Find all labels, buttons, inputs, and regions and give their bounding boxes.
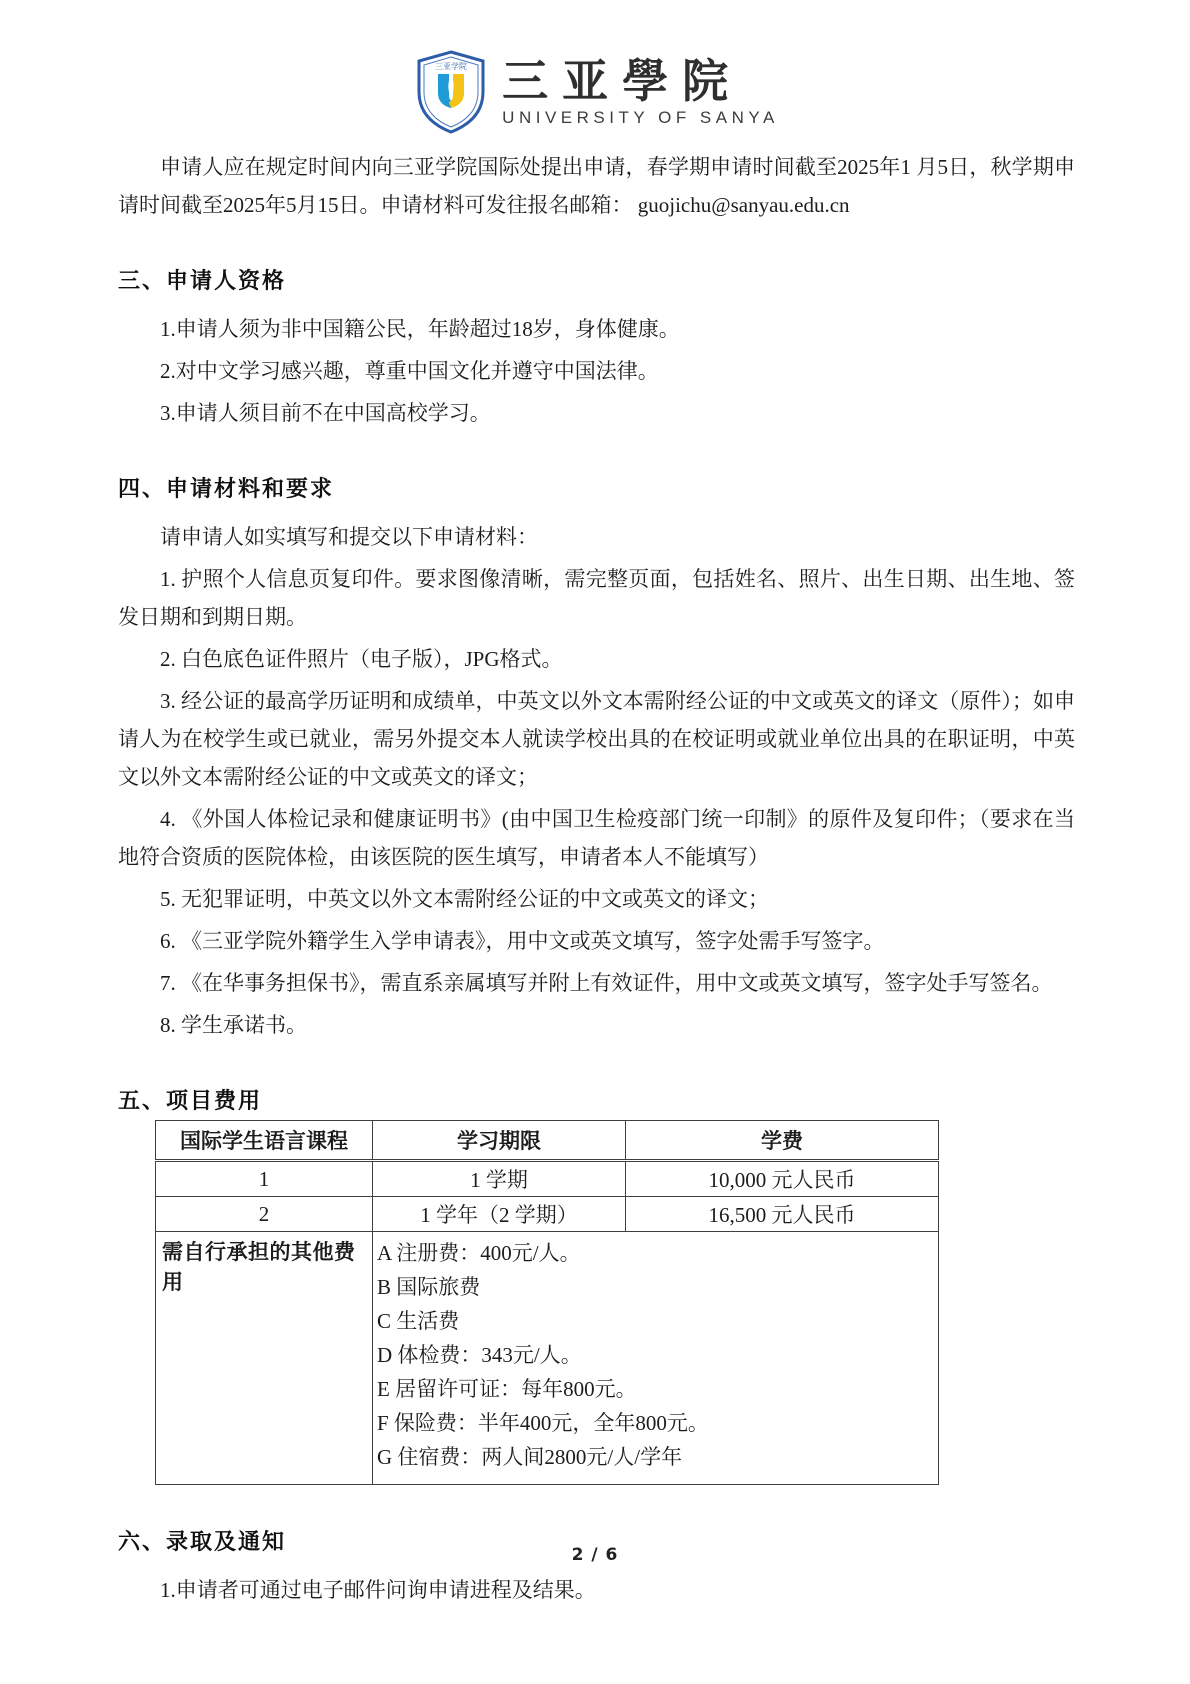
other-fees-list: A 注册费：400元/人。 B 国际旅费 C 生活费 D 体检费：343元/人。…	[373, 1232, 939, 1485]
table-row: 2 1 学年（2 学期） 16,500 元人民币	[156, 1197, 939, 1232]
table-cell: 1 学期	[373, 1161, 626, 1197]
fee-line: A 注册费：400元/人。	[377, 1236, 932, 1270]
section6-item: 1.申请者可通过电子邮件问询申请进程及结果。	[118, 1571, 1075, 1609]
section4-item: 6. 《三亚学院外籍学生入学申请表》，用中文或英文填写，签字处需手写签字。	[118, 922, 1075, 960]
page-content: 三亚学院 三亚學院 UNIVERSITY OF SANYA 申请人应在规定时间内…	[118, 50, 1075, 1613]
shield-top-text: 三亚学院	[435, 61, 467, 71]
table-header-cell: 学费	[626, 1121, 939, 1161]
section4-item: 7. 《在华事务担保书》，需直系亲属填写并附上有效证件，用中文或英文填写，签字处…	[118, 964, 1075, 1002]
table-cell: 2	[156, 1197, 373, 1232]
fee-line: D 体检费：343元/人。	[377, 1338, 932, 1372]
table-header-cell: 学习期限	[373, 1121, 626, 1161]
fee-line: F 保险费：半年400元，全年800元。	[377, 1406, 932, 1440]
section4-item: 1. 护照个人信息页复印件。要求图像清晰，需完整页面，包括姓名、照片、出生日期、…	[118, 560, 1075, 636]
section4-item: 5. 无犯罪证明，中英文以外文本需附经公证的中文或英文的译文；	[118, 880, 1075, 918]
fee-line: B 国际旅费	[377, 1270, 932, 1304]
section4-title: 四、申请材料和要求	[118, 476, 1075, 502]
table-cell: 16,500 元人民币	[626, 1197, 939, 1232]
section4-intro: 请申请人如实填写和提交以下申请材料：	[118, 518, 1075, 556]
university-shield-logo: 三亚学院	[414, 50, 488, 134]
university-wordmark: 三亚學院 UNIVERSITY OF SANYA	[502, 56, 779, 128]
fee-table-header-row: 国际学生语言课程 学习期限 学费	[156, 1121, 939, 1161]
section4-item: 4. 《外国人体检记录和健康证明书》(由中国卫生检疫部门统一印制》的原件及复印件…	[118, 800, 1075, 876]
fee-table: 国际学生语言课程 学习期限 学费 1 1 学期 10,000 元人民币 2 1 …	[155, 1120, 939, 1485]
section3-item: 3.申请人须目前不在中国高校学习。	[118, 394, 1075, 432]
other-fees-label: 需自行承担的其他费用	[156, 1232, 373, 1485]
table-cell: 1 学年（2 学期）	[373, 1197, 626, 1232]
table-cell: 10,000 元人民币	[626, 1161, 939, 1197]
university-name-en: UNIVERSITY OF SANYA	[502, 108, 779, 128]
table-row-other-fees: 需自行承担的其他费用 A 注册费：400元/人。 B 国际旅费 C 生活费 D …	[156, 1232, 939, 1485]
section3-title: 三、申请人资格	[118, 268, 1075, 294]
section3-item: 2.对中文学习感兴趣，尊重中国文化并遵守中国法律。	[118, 352, 1075, 390]
fee-line: C 生活费	[377, 1304, 932, 1338]
section4-item: 2. 白色底色证件照片（电子版），JPG格式。	[118, 640, 1075, 678]
university-name-cn: 三亚學院	[502, 56, 742, 106]
document-page: 三亚学院 三亚學院 UNIVERSITY OF SANYA 申请人应在规定时间内…	[0, 0, 1190, 1684]
intro-paragraph: 申请人应在规定时间内向三亚学院国际处提出申请，春学期申请时间截至2025年1 月…	[118, 148, 1075, 224]
table-cell: 1	[156, 1161, 373, 1197]
fee-line: G 住宿费：两人间2800元/人/学年	[377, 1440, 932, 1474]
fee-line: E 居留许可证：每年800元。	[377, 1372, 932, 1406]
section4-item: 3. 经公证的最高学历证明和成绩单，中英文以外文本需附经公证的中文或英文的译文（…	[118, 682, 1075, 796]
table-row: 1 1 学期 10,000 元人民币	[156, 1161, 939, 1197]
page-number: 2 / 6	[0, 1545, 1190, 1565]
section5-title: 五、项目费用	[118, 1088, 1075, 1114]
table-header-cell: 国际学生语言课程	[156, 1121, 373, 1161]
university-logo: 三亚学院 三亚學院 UNIVERSITY OF SANYA	[118, 50, 1075, 134]
section3-item: 1.申请人须为非中国籍公民，年龄超过18岁，身体健康。	[118, 310, 1075, 348]
section4-item: 8. 学生承诺书。	[118, 1006, 1075, 1044]
